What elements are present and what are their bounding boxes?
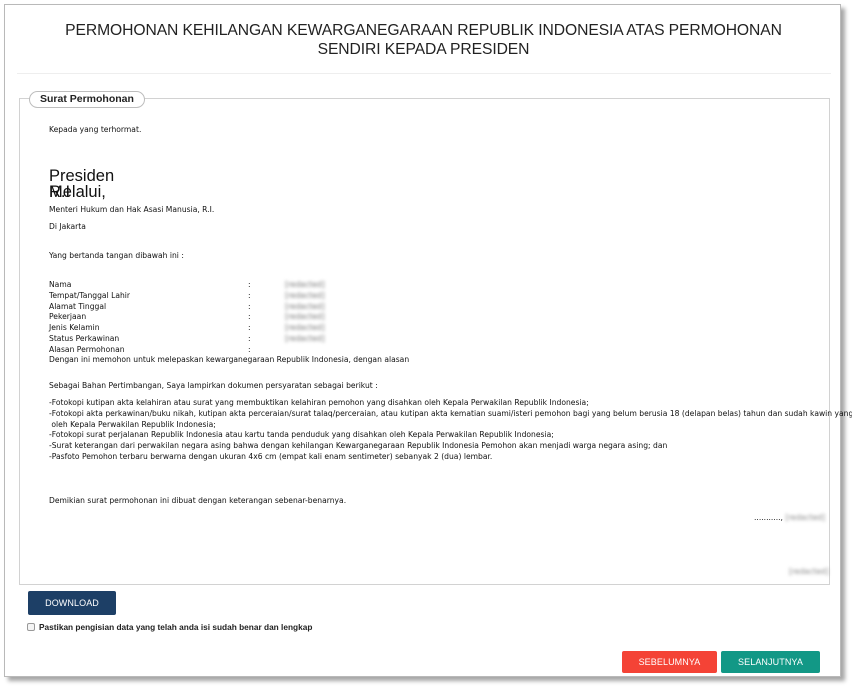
field-value: [redacted] (285, 280, 325, 291)
recipient-location: Di Jakarta (49, 222, 86, 233)
attachment-item: -Fotokopi akta perkawinan/buku nikah, ku… (49, 409, 852, 420)
page-title-line-2: SENDIRI KEPADA PRESIDEN (13, 40, 833, 59)
recipient-line-2: Melalui, (49, 184, 106, 200)
page-title: PERMOHONAN KEHILANGAN KEWARGANEGARAAN RE… (13, 21, 833, 59)
place-placeholder: ..........., (754, 513, 783, 522)
field-colon: : (248, 280, 251, 291)
attachments-intro: Sebagai Bahan Pertimbangan, Saya lampirk… (49, 381, 378, 392)
panel-legend: Surat Permohonan (29, 91, 145, 108)
field-label: Alasan Permohonan (49, 345, 125, 356)
application-window: PERMOHONAN KEHILANGAN KEWARGANEGARAAN RE… (4, 4, 841, 677)
attachment-item: oleh Kepala Perwakilan Republik Indonesi… (49, 420, 216, 431)
field-label: Alamat Tinggal (49, 302, 106, 313)
field-value: [redacted] (285, 291, 325, 302)
intro-text: Yang bertanda tangan dibawah ini : (49, 251, 184, 262)
field-colon: : (248, 323, 251, 334)
field-label: Jenis Kelamin (49, 323, 100, 334)
field-value: [redacted] (285, 323, 325, 334)
field-label: Status Perkawinan (49, 334, 119, 345)
confirm-label: Pastikan pengisian data yang telah anda … (39, 622, 312, 632)
field-colon: : (248, 334, 251, 345)
field-label: Pekerjaan (49, 312, 86, 323)
attachment-item: -Surat keterangan dari perwakilan negara… (49, 441, 667, 452)
download-button[interactable]: DOWNLOAD (28, 591, 116, 615)
letter-panel: Kepada yang terhormat. Presiden R.I Mela… (19, 98, 830, 585)
confirm-checkbox-row[interactable]: Pastikan pengisian data yang telah anda … (27, 622, 312, 632)
attachment-item: -Pasfoto Pemohon terbaru berwarna dengan… (49, 452, 492, 463)
next-button[interactable]: SELANJUTNYA (721, 651, 820, 673)
closing-statement: Demikian surat permohonan ini dibuat den… (49, 496, 346, 507)
confirm-checkbox[interactable] (27, 623, 35, 631)
salutation: Kepada yang terhormat. (49, 125, 141, 136)
field-label: Nama (49, 280, 71, 291)
field-colon: : (248, 291, 251, 302)
request-statement: Dengan ini memohon untuk melepaskan kewa… (49, 355, 409, 366)
page-title-line-1: PERMOHONAN KEHILANGAN KEWARGANEGARAAN RE… (13, 21, 833, 40)
attachment-item: -Fotokopi surat perjalanan Republik Indo… (49, 430, 554, 441)
field-label: Tempat/Tanggal Lahir (49, 291, 130, 302)
signature-name: [redacted] (789, 567, 829, 578)
field-value: [redacted] (285, 334, 325, 345)
field-colon: : (248, 345, 251, 356)
field-value: [redacted] (285, 312, 325, 323)
recipient-via: Menteri Hukum dan Hak Asasi Manusia, R.I… (49, 205, 214, 216)
letter-date: [redacted] (785, 513, 825, 522)
field-colon: : (248, 302, 251, 313)
field-colon: : (248, 312, 251, 323)
previous-button[interactable]: SEBELUMNYA (622, 651, 717, 673)
title-divider (17, 73, 831, 74)
place-date: ..........., [redacted] (754, 513, 825, 524)
attachment-item: -Fotokopi kutipan akta kelahiran atau su… (49, 398, 589, 409)
field-value: [redacted] (285, 302, 325, 313)
